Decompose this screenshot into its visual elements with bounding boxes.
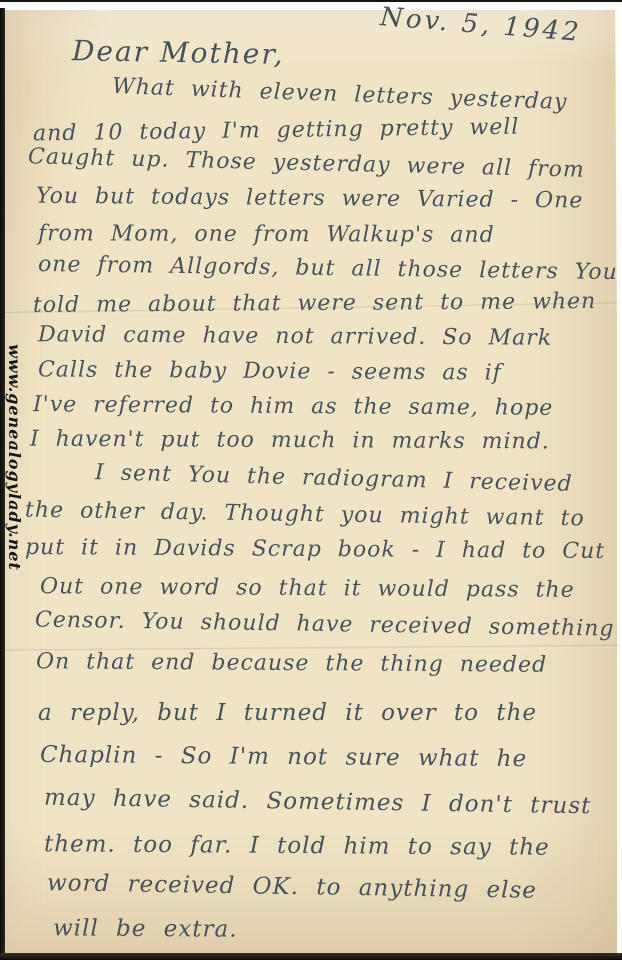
scan-background-top — [0, 2, 622, 10]
letter-line: put it in Davids Scrap book - I had to C… — [25, 535, 605, 564]
letter-line: I've referred to him as the same, hope — [33, 392, 554, 421]
letter-line: from Mom, one from Walkup's and — [38, 221, 495, 248]
letter-line: a reply, but I turned it over to the — [38, 700, 537, 726]
scanned-letter-page: www.genealogylady.net Nov. 5, 1942 Dear … — [0, 0, 622, 960]
letter-line: Chaplin - So I'm not sure what he — [40, 742, 527, 772]
letter-line: Calls the baby Dovie - seems as if — [38, 357, 502, 385]
letter-line: You but todays letters were Varied - One — [36, 184, 584, 214]
letter-salutation: Dear Mother, — [72, 34, 285, 71]
letter-line: them. too far. I told him to say the — [44, 831, 550, 861]
scan-edge-bottom — [0, 953, 622, 960]
letter-line: On that end because the thing needed — [36, 649, 547, 678]
letter-line: I haven't put too much in marks mind. — [30, 427, 550, 455]
watermark-url: www.genealogylady.net — [5, 344, 24, 604]
letter-line: will be extra. — [53, 915, 238, 942]
letter-line: Out one word so that it would pass the — [40, 574, 575, 603]
letter-line: David came have not arrived. So Mark — [38, 322, 552, 351]
letter-line: told me about that were sent to me when — [33, 289, 596, 318]
